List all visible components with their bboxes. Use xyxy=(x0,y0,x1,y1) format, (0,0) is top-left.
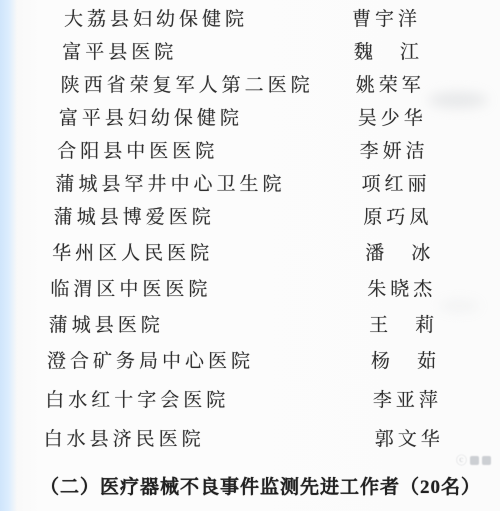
award-row: 富平县妇幼保健院 吴少华 xyxy=(0,109,500,129)
award-row: 澄合矿务局中心医院 杨 茹 xyxy=(0,352,500,372)
person-name: 杨 茹 xyxy=(371,352,440,372)
award-row: 富平县医院 魏 江 xyxy=(0,43,500,63)
organization-name: 合阳县中医医院 xyxy=(57,142,218,162)
organization-name: 华州区人民医院 xyxy=(52,244,213,264)
person-name: 潘 冰 xyxy=(365,244,434,264)
organization-name: 陕西省荣复军人第二医院 xyxy=(61,76,314,96)
watermark: ⓒ xyxy=(456,455,491,466)
paper-smudge xyxy=(428,92,488,108)
watermark-glyph xyxy=(470,456,479,465)
person-name: 李妍洁 xyxy=(360,142,429,162)
organization-name: 临渭区中医医院 xyxy=(50,280,211,300)
organization-name: 蒲城县博爱医院 xyxy=(54,208,215,228)
copyright-icon: ⓒ xyxy=(456,455,467,466)
section-heading: （二）医疗器械不良事件监测先进工作者（20名） xyxy=(40,472,481,499)
person-name: 姚荣军 xyxy=(356,76,425,96)
award-row: 合阳县中医医院 李妍洁 xyxy=(0,142,500,162)
scanned-page: 大荔县妇幼保健院 曹宇洋 富平县医院 魏 江 陕西省荣复军人第二医院 姚荣军 富… xyxy=(0,0,500,511)
award-row: 临渭区中医医院 朱晓杰 xyxy=(0,280,500,300)
watermark-glyph xyxy=(482,456,491,465)
organization-name: 白水县济民医院 xyxy=(44,430,205,450)
award-row: 蒲城县医院 王 莉 xyxy=(0,316,500,336)
award-list: 大荔县妇幼保健院 曹宇洋 富平县医院 魏 江 陕西省荣复军人第二医院 姚荣军 富… xyxy=(0,10,500,469)
organization-name: 富平县医院 xyxy=(62,43,177,63)
paper-smudge xyxy=(438,300,480,312)
organization-name: 蒲城县医院 xyxy=(49,316,164,336)
award-row: 蒲城县罕井中心卫生院 项红丽 xyxy=(0,175,500,195)
award-row: 白水县济民医院 郭文华 xyxy=(0,430,500,450)
person-name: 原巧凤 xyxy=(363,208,432,228)
organization-name: 蒲城县罕井中心卫生院 xyxy=(56,175,286,195)
person-name: 魏 江 xyxy=(354,43,423,63)
person-name: 王 莉 xyxy=(369,316,438,336)
organization-name: 富平县妇幼保健院 xyxy=(59,109,243,129)
award-row: 陕西省荣复军人第二医院 姚荣军 xyxy=(0,76,500,96)
person-name: 项红丽 xyxy=(362,175,431,195)
organization-name: 澄合矿务局中心医院 xyxy=(47,352,254,372)
award-row: 蒲城县博爱医院 原巧凤 xyxy=(0,208,500,228)
organization-name: 大荔县妇幼保健院 xyxy=(64,10,248,30)
award-row: 华州区人民医院 潘 冰 xyxy=(0,244,500,264)
person-name: 吴少华 xyxy=(358,109,427,129)
award-row: 大荔县妇幼保健院 曹宇洋 xyxy=(0,10,500,30)
person-name: 朱晓杰 xyxy=(367,280,436,300)
award-row: 白水红十字会医院 李亚萍 xyxy=(0,391,500,411)
person-name: 李亚萍 xyxy=(373,391,442,411)
person-name: 郭文华 xyxy=(375,430,444,450)
organization-name: 白水红十字会医院 xyxy=(45,391,229,411)
person-name: 曹宇洋 xyxy=(352,10,421,30)
